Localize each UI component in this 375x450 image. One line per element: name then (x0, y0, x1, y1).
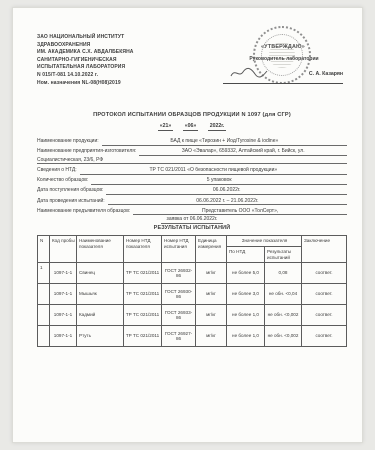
cell-limit: не более 5,0 (227, 263, 265, 284)
col-subheader-result: Результаты испытаний (265, 246, 302, 262)
field-label: Дата проведения испытаний: (37, 198, 108, 206)
cell-n (38, 305, 50, 326)
field-value: Представитель ООО «ТолСерт», (133, 208, 347, 216)
results-table-head: N Код пробы Наименование показателя Номе… (38, 236, 347, 263)
cell-conclusion: соответ. (302, 305, 347, 326)
field-claim-date: заявка от 06.06.2022г. (37, 216, 347, 222)
cell-ntd-test: ГОСТ 26930-86 (162, 284, 196, 305)
date-day: «21» (158, 123, 174, 131)
field-value: 06.06.2022г. (106, 187, 347, 195)
field-presenter: Наименование предъявителя образцов: Пред… (37, 208, 347, 216)
field-value: ТР ТС 021/2011 «О безопасности пищевой п… (80, 167, 347, 175)
cell-sample-code: 1097-1-1 (50, 284, 77, 305)
table-row: 1097-1-1 Кадмий ТР ТС 021/2011 ГОСТ 2693… (38, 305, 347, 326)
col-header-conclusion: Заключение (302, 236, 347, 263)
cell-ntd-parameter: ТР ТС 021/2011 (124, 284, 162, 305)
institute-block: ЗАО НАЦИОНАЛЬНЫЙ ИНСТИТУТ ЗДРАВООХРАНЕНИ… (37, 34, 212, 87)
cell-ntd-test: ГОСТ 26927-86 (162, 326, 196, 347)
field-label: Наименование предприятия-изготовителя: (37, 148, 139, 156)
institute-line: Ном. назначения NL-08(H08)2019 (37, 80, 212, 88)
cell-result: не обн. <0,04 (265, 284, 302, 305)
cell-limit: не более 3,0 (227, 284, 265, 305)
field-receive-date: Дата поступления образцов: 06.06.2022г. (37, 187, 347, 195)
cell-result: не обн. <0,002 (265, 305, 302, 326)
cell-conclusion: соответ. (302, 263, 347, 284)
document-header: ЗАО НАЦИОНАЛЬНЫЙ ИНСТИТУТ ЗДРАВООХРАНЕНИ… (37, 34, 347, 100)
date-year: 2022г. (208, 123, 227, 131)
field-value: ЗАО «Эвалар», 659332, Алтайский край, г.… (139, 148, 347, 156)
signature-line (223, 83, 343, 84)
approval-stamp: «УТВЕРЖДАЮ» Руководитель лаборатории С. … (223, 26, 345, 98)
field-manufacturer-cont: Социалистическая, 23/6, РФ (37, 157, 347, 165)
cell-unit: мг/кг (196, 326, 227, 347)
results-table: N Код пробы Наименование показателя Номе… (37, 235, 347, 347)
signature-icon (229, 66, 269, 80)
cell-parameter: Мышьяк (77, 284, 124, 305)
page-content: ЗАО НАЦИОНАЛЬНЫЙ ИНСТИТУТ ЗДРАВООХРАНЕНИ… (13, 8, 362, 347)
field-test-dates: Дата проведения испытаний: 06.06.2022 г.… (37, 198, 347, 206)
institute-line: ИМ. АКАДЕМИКА С.Х. АВДАЛБЕКЯНА (37, 49, 212, 57)
field-ntd: Сведения о НТД: ТР ТС 021/2011 «О безопа… (37, 167, 347, 175)
cell-sample-code: 1097-1-1 (50, 305, 77, 326)
lab-head-label: Руководитель лаборатории (223, 56, 345, 62)
field-value: 5 упаковок (91, 177, 347, 185)
field-product: Наименование продукции: БАД к пище «Тиро… (37, 138, 347, 146)
field-sample-count: Количество образцов: 5 упаковок (37, 177, 347, 185)
col-header-sample-code: Код пробы (50, 236, 77, 263)
col-header-value: Значение показателя (227, 236, 302, 247)
col-header-parameter: Наименование показателя (77, 236, 124, 263)
col-header-unit: Единица измерения (196, 236, 227, 263)
col-header-ntd-parameter: Номер НТД показателя (124, 236, 162, 263)
cell-ntd-parameter: ТР ТС 021/2011 (124, 305, 162, 326)
results-table-body: 1 1097-1-1 Свинец ТР ТС 021/2011 ГОСТ 26… (38, 263, 347, 347)
field-value: БАД к пище «Тирозин + Йод/Tyrosine & iod… (102, 138, 347, 146)
institute-line: САНИТАРНО-ГИГИЕНИЧЕСКАЯ (37, 57, 212, 65)
protocol-fields: Наименование продукции: БАД к пище «Тиро… (37, 138, 347, 222)
cell-limit: не более 1,0 (227, 326, 265, 347)
header-row: N Код пробы Наименование показателя Номе… (38, 236, 347, 247)
cell-ntd-test: ГОСТ 26933-86 (162, 305, 196, 326)
cell-limit: не более 1,0 (227, 305, 265, 326)
date-month: «06» (183, 123, 199, 131)
cell-result: не обн. <0,002 (265, 326, 302, 347)
cell-sample-code: 1097-1-1 (50, 263, 77, 284)
cell-conclusion: соответ. (302, 326, 347, 347)
field-value: заявка от 06.06.2022г. (161, 216, 224, 224)
approve-label: «УТВЕРЖДАЮ» (243, 44, 323, 50)
cell-unit: мг/кг (196, 284, 227, 305)
document-page: ЗАО НАЦИОНАЛЬНЫЙ ИНСТИТУТ ЗДРАВООХРАНЕНИ… (12, 7, 363, 443)
cell-n (38, 284, 50, 305)
results-heading: РЕЗУЛЬТАТЫ ИСПЫТАНИЙ (37, 225, 347, 231)
field-value: 06.06.2022 г. – 21.06.2022г. (108, 198, 347, 206)
protocol-date: «21» «06» 2022г. (37, 123, 347, 129)
field-label: Дата поступления образцов: (37, 187, 106, 195)
field-label: Количество образцов: (37, 177, 91, 185)
field-label: Наименование предъявителя образцов: (37, 208, 133, 216)
field-label: Сведения о НТД: (37, 167, 80, 175)
col-header-ntd-test: Номер НТД испытания (162, 236, 196, 263)
institute-line: ЗАО НАЦИОНАЛЬНЫЙ ИНСТИТУТ (37, 34, 212, 42)
cell-ntd-parameter: ТР ТС 021/2011 (124, 263, 162, 284)
cell-n (38, 326, 50, 347)
field-label: Наименование продукции: (37, 138, 102, 146)
protocol-title: ПРОТОКОЛ ИСПЫТАНИИ ОБРАЗЦОВ ПРОДУКЦИИ N … (37, 112, 347, 118)
table-row: 1097-1-1 Ртуть ТР ТС 021/2011 ГОСТ 26927… (38, 326, 347, 347)
cell-parameter: Кадмий (77, 305, 124, 326)
cell-parameter: Ртуть (77, 326, 124, 347)
cell-ntd-test: ГОСТ 26932-86 (162, 263, 196, 284)
signatory-name: С. А. Казарян (309, 71, 343, 77)
cell-n: 1 (38, 263, 50, 284)
field-manufacturer: Наименование предприятия-изготовителя: З… (37, 148, 347, 156)
cell-parameter: Свинец (77, 263, 124, 284)
cell-sample-code: 1097-1-1 (50, 326, 77, 347)
cell-conclusion: соответ. (302, 284, 347, 305)
institute-line: N 015/Т-081 14.10.2022 г. (37, 72, 212, 80)
institute-line: ИСПЫТАТЕЛЬНАЯ ЛАБОРАТОРИЯ (37, 64, 212, 72)
cell-unit: мг/кг (196, 263, 227, 284)
table-row: 1097-1-1 Мышьяк ТР ТС 021/2011 ГОСТ 2693… (38, 284, 347, 305)
cell-unit: мг/кг (196, 305, 227, 326)
cell-result: 0,08 (265, 263, 302, 284)
col-subheader-by-ntd: По НТД (227, 246, 265, 262)
institute-line: ЗДРАВООХРАНЕНИЯ (37, 42, 212, 50)
col-header-n: N (38, 236, 50, 263)
cell-ntd-parameter: ТР ТС 021/2011 (124, 326, 162, 347)
table-row: 1 1097-1-1 Свинец ТР ТС 021/2011 ГОСТ 26… (38, 263, 347, 284)
